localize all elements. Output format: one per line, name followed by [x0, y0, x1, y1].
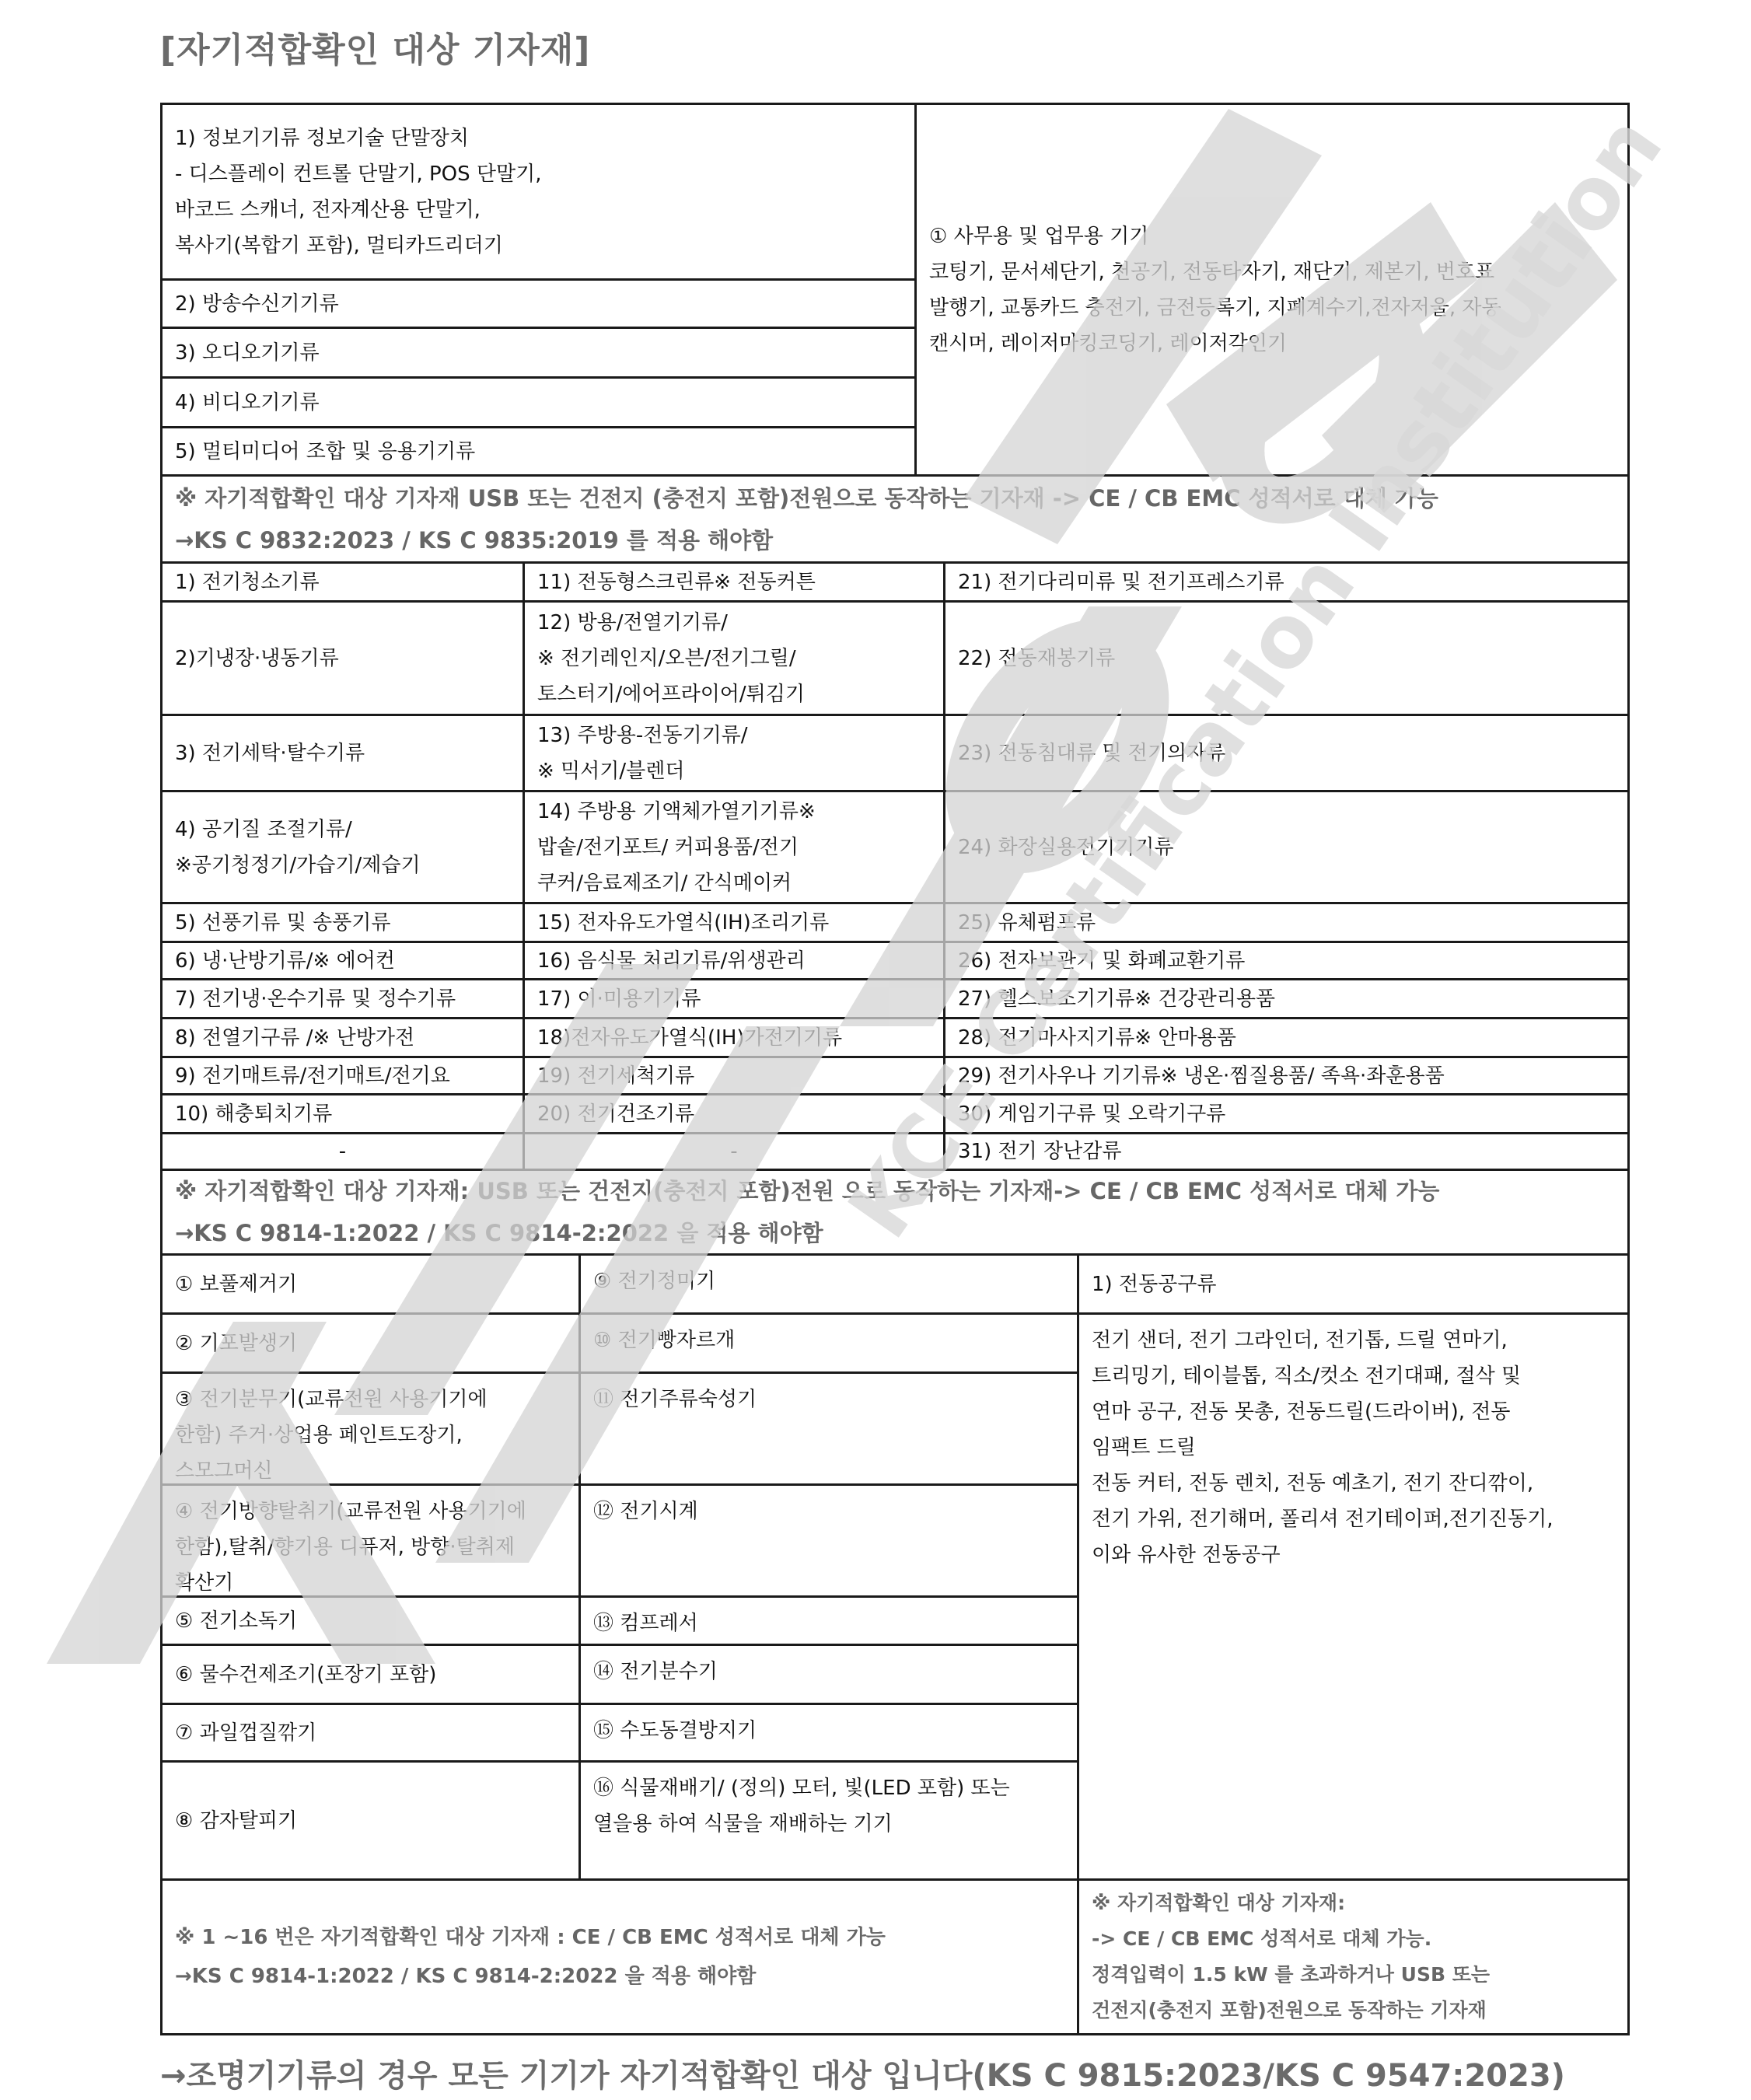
cell-text: 코팅기, 문서세단기, 천공기, 전동타자기, 재단기, 제본기, 번호표 [929, 254, 1615, 290]
appliance-item: 11) 전동형스크린류※ 전동커튼 [523, 561, 945, 603]
misc-device-item: ① 보풀제거기 [160, 1253, 581, 1315]
cell-text: ※ 자기적합확인 대상 기자재: USB 또는 건전지(충전지 포함)전원 으로… [175, 1170, 1615, 1212]
cell-text: 임팩트 드릴 [1092, 1430, 1615, 1466]
cell-text: ⑧ 감자탈피기 [175, 1803, 566, 1839]
appliance-item: 6) 냉·난방기류/※ 에어컨 [160, 941, 525, 980]
appliance-item: 26) 전자보관기 및 화폐교환기류 [943, 941, 1630, 980]
appliance-item: 14) 주방용 기액체가열기기류※밥솥/전기포트/ 커피용품/전기쿠커/음료제조… [523, 790, 945, 904]
note-usb-battery-ks9832: ※ 자기적합확인 대상 기자재 USB 또는 건전지 (충전지 포함)전원으로 … [160, 474, 1630, 564]
info-device-item: 2) 방송수신기기류 [160, 278, 917, 329]
cell-text: ⑮ 수도동결방지기 [593, 1713, 1064, 1749]
cell-text: 15) 전자유도가열식(IH)조리기류 [537, 905, 931, 941]
cell-text: 전기 샌더, 전기 그라인더, 전기톱, 드릴 연마기, [1092, 1323, 1615, 1358]
cell-text: 19) 전기세척기류 [537, 1058, 931, 1094]
page-title: [자기적합확인 대상 기자재] [160, 22, 590, 72]
appliance-item: 23) 전동침대류 및 전기의자류 [943, 714, 1630, 792]
appliance-item: 7) 전기냉·온수기류 및 정수기류 [160, 978, 525, 1019]
cell-text: 정격입력이 1.5 kW 를 초과하거나 USB 또는 [1092, 1957, 1615, 1993]
appliance-item: 27) 헬스보조기기류※ 건강관리용품 [943, 978, 1630, 1019]
cell-text: 1) 정보기기류 정보기술 단말장치 [175, 121, 902, 156]
cell-text: 11) 전동형스크린류※ 전동커튼 [537, 564, 931, 600]
cell-text: 18)전자유도가열식(IH)가전기기류 [537, 1020, 931, 1056]
appliance-item: 18)전자유도가열식(IH)가전기기류 [523, 1017, 945, 1058]
cell-text: - [730, 1134, 737, 1169]
misc-device-item: ⑮ 수도동결방지기 [578, 1703, 1079, 1763]
cell-text: 16) 음식물 처리기류/위생관리 [537, 943, 931, 979]
cell-text: 30) 게임기구류 및 오락기구류 [958, 1096, 1615, 1132]
cell-text: 확산기 [175, 1565, 566, 1598]
appliance-item: 19) 전기세척기류 [523, 1056, 945, 1095]
cell-text: 토스터기/에어프라이어/튀김기 [537, 676, 931, 712]
cell-text: 2)기냉장·냉동기류 [175, 641, 510, 676]
appliance-item: 13) 주방용-전동기기류/※ 믹서기/블렌더 [523, 714, 945, 792]
misc-device-item: ⑭ 전기분수기 [578, 1644, 1079, 1705]
cell-text: ① 사무용 및 업무용 기기 [929, 218, 1615, 254]
appliance-item: 25) 유체펌프류 [943, 902, 1630, 943]
misc-device-item: ③ 전기분무기(교류전원 사용기기에한함) 주거·상업용 페인트도장기,스모그머… [160, 1371, 581, 1486]
cell-text: ⑫ 전기시계 [593, 1494, 1064, 1529]
cell-text: ※ 자기적합확인 대상 기자재: [1092, 1885, 1615, 1921]
cell-text: - 디스플레이 컨트롤 단말기, POS 단말기, [175, 156, 902, 192]
cell-text: →KS C 9814-1:2022 / KS C 9814-2:2022 을 적… [175, 1212, 1615, 1254]
note-items-1-16: ※ 1 ~16 번은 자기적합확인 대상 기자재 : CE / CB EMC 성… [160, 1878, 1079, 2035]
cell-text: 26) 전자보관기 및 화폐교환기류 [958, 943, 1615, 979]
cell-text: 8) 전열기구류 /※ 난방가전 [175, 1020, 510, 1056]
cell-text: 2) 방송수신기기류 [175, 286, 902, 322]
cell-text: ※ 믹서기/블렌더 [537, 753, 931, 789]
appliance-item: - [160, 1132, 525, 1171]
appliance-item: 24) 화장실용전기기기류 [943, 790, 1630, 904]
cell-text: ⑨ 전기정미기 [593, 1263, 1064, 1299]
office-equipment-cell: ① 사무용 및 업무용 기기코팅기, 문서세단기, 천공기, 전동타자기, 재단… [914, 103, 1630, 477]
appliance-item: 21) 전기다리미류 및 전기프레스기류 [943, 561, 1630, 603]
cell-text: 22) 전동재봉기류 [958, 641, 1615, 676]
misc-device-item: ⑦ 과일껍질깎기 [160, 1703, 581, 1763]
cell-text: ⑩ 전기빵자르개 [593, 1323, 1064, 1358]
cell-text: 1) 전동공구류 [1092, 1267, 1615, 1302]
misc-device-item: ⑨ 전기정미기 [578, 1253, 1079, 1315]
appliance-item: 30) 게임기구류 및 오락기구류 [943, 1093, 1630, 1134]
misc-device-item: ⑪ 전기주류숙성기 [578, 1371, 1079, 1486]
note-power-tools: ※ 자기적합확인 대상 기자재: -> CE / CB EMC 성적서로 대체 … [1077, 1878, 1630, 2035]
misc-device-item: ⑩ 전기빵자르개 [578, 1312, 1079, 1374]
note-usb-battery-ks9814: ※ 자기적합확인 대상 기자재: USB 또는 건전지(충전지 포함)전원 으로… [160, 1169, 1630, 1256]
cell-text: ⑥ 물수건제조기(포장기 포함) [175, 1657, 566, 1693]
misc-device-item: ⑫ 전기시계 [578, 1483, 1079, 1598]
cell-text: ※ 자기적합확인 대상 기자재 USB 또는 건전지 (충전지 포함)전원으로 … [175, 477, 1615, 519]
cell-text: 31) 전기 장난감류 [958, 1134, 1615, 1169]
info-device-item: 4) 비디오기기류 [160, 376, 917, 428]
info-device-item: 1) 정보기기류 정보기술 단말장치- 디스플레이 컨트롤 단말기, POS 단… [160, 103, 917, 281]
appliance-item: 12) 방용/전열기기류/※ 전기레인지/오븐/전기그릴/토스터기/에어프라이어… [523, 600, 945, 716]
info-device-item: 3) 오디오기기류 [160, 327, 917, 379]
cell-text: -> CE / CB EMC 성적서로 대체 가능. [1092, 1921, 1615, 1957]
cell-text: 전기 가위, 전기해머, 폴리셔 전기테이퍼,전기진동기, [1092, 1501, 1615, 1537]
cell-text: ① 보풀제거기 [175, 1267, 566, 1302]
cell-text: 17) 이·미용기기류 [537, 981, 931, 1017]
appliance-item: 22) 전동재봉기류 [943, 600, 1630, 716]
cell-text: 3) 오디오기기류 [175, 335, 902, 371]
appliance-item: 8) 전열기구류 /※ 난방가전 [160, 1017, 525, 1058]
cell-text: 트리밍기, 테이블톱, 직소/컷소 전기대패, 절삭 및 [1092, 1358, 1615, 1394]
lighting-footnote: →조명기기류의 경우 모든 기기가 자기적합확인 대상 입니다(KS C 981… [160, 2051, 1565, 2095]
cell-text: ⑯ 식물재배기/ (정의) 모터, 빛(LED 포함) 또는 [593, 1770, 1064, 1806]
cell-text: 27) 헬스보조기기류※ 건강관리용품 [958, 981, 1615, 1017]
cell-text: 캔시머, 레이저마킹코딩기, 레이저각인기 [929, 326, 1615, 362]
cell-text: →KS C 9832:2023 / KS C 9835:2019 를 적용 해야… [175, 519, 1615, 561]
cell-text: 24) 화장실용전기기기류 [958, 830, 1615, 865]
cell-text: ④ 전기방향탈취기(교류전원 사용기기에 [175, 1494, 566, 1529]
cell-text: ※ 전기레인지/오븐/전기그릴/ [537, 641, 931, 676]
cell-text: 건전지(충전지 포함)전원으로 동작하는 기자재 [1092, 1993, 1615, 2028]
cell-text: 복사기(복합기 포함), 멀티카드리더기 [175, 228, 902, 264]
cell-text: 3) 전기세탁·탈수기류 [175, 736, 510, 771]
cell-text: 5) 멀티미디어 조합 및 응용기기류 [175, 434, 902, 470]
cell-text: 23) 전동침대류 및 전기의자류 [958, 736, 1615, 771]
cell-text: ※ 1 ~16 번은 자기적합확인 대상 기자재 : CE / CB EMC 성… [175, 1918, 1064, 1957]
appliance-item: 31) 전기 장난감류 [943, 1132, 1630, 1171]
appliance-item: 2)기냉장·냉동기류 [160, 600, 525, 716]
appliance-item: 29) 전기사우나 기기류※ 냉온·찜질용품/ 족욕·좌훈용품 [943, 1056, 1630, 1095]
misc-device-item: ⑯ 식물재배기/ (정의) 모터, 빛(LED 포함) 또는열을용 하여 식물을… [578, 1760, 1079, 1881]
misc-device-item: ② 기포발생기 [160, 1312, 581, 1374]
appliance-item: 3) 전기세탁·탈수기류 [160, 714, 525, 792]
cell-text: 전동 커터, 전동 렌치, 전동 예초기, 전기 잔디깎이, [1092, 1466, 1615, 1501]
appliance-item: 17) 이·미용기기류 [523, 978, 945, 1019]
cell-text: 9) 전기매트류/전기매트/전기요 [175, 1058, 510, 1094]
cell-text: 스모그머신 [175, 1453, 566, 1486]
cell-text: 14) 주방용 기액체가열기기류※ [537, 794, 931, 830]
cell-text: ② 기포발생기 [175, 1326, 566, 1361]
cell-text: 5) 선풍기류 및 송풍기류 [175, 905, 510, 941]
cell-text: ※공기청정기/가습기/제습기 [175, 847, 510, 883]
cell-text: 28) 전기마사지기류※ 안마용품 [958, 1020, 1615, 1056]
cell-text: 1) 전기청소기류 [175, 564, 510, 600]
cell-text: 12) 방용/전열기기류/ [537, 605, 931, 641]
cell-text: ⑭ 전기분수기 [593, 1654, 1064, 1689]
cell-text: →KS C 9814-1:2022 / KS C 9814-2:2022 을 적… [175, 1957, 1064, 1996]
cell-text: 열을용 하여 식물을 재배하는 기기 [593, 1806, 1064, 1842]
cell-text: 21) 전기다리미류 및 전기프레스기류 [958, 564, 1615, 600]
misc-device-item: ⑤ 전기소독기 [160, 1595, 581, 1646]
cell-text: ⑦ 과일껍질깎기 [175, 1715, 566, 1751]
appliance-item: 10) 해충퇴치기류 [160, 1093, 525, 1134]
appliance-item: 20) 전기건조기류 [523, 1093, 945, 1134]
power-tools-header: 1) 전동공구류 [1077, 1253, 1630, 1315]
misc-device-item: ⑧ 감자탈피기 [160, 1760, 581, 1881]
appliance-item: 1) 전기청소기류 [160, 561, 525, 603]
power-tools-list: 전기 샌더, 전기 그라인더, 전기톱, 드릴 연마기,트리밍기, 테이블톱, … [1077, 1312, 1630, 1881]
cell-text: - [339, 1134, 346, 1169]
cell-text: 6) 냉·난방기류/※ 에어컨 [175, 943, 510, 979]
cell-text: 25) 유체펌프류 [958, 905, 1615, 941]
appliance-item: 4) 공기질 조절기류/※공기청정기/가습기/제습기 [160, 790, 525, 904]
misc-device-item: ④ 전기방향탈취기(교류전원 사용기기에한함),탈취/향기용 디퓨저, 방향·탈… [160, 1483, 581, 1598]
appliance-item: - [523, 1132, 945, 1171]
misc-device-item: ⑬ 컴프레서 [578, 1595, 1079, 1646]
info-device-item: 5) 멀티미디어 조합 및 응용기기류 [160, 426, 917, 477]
misc-device-item: ⑥ 물수건제조기(포장기 포함) [160, 1644, 581, 1705]
appliance-item: 9) 전기매트류/전기매트/전기요 [160, 1056, 525, 1095]
cell-text: ⑬ 컴프레서 [593, 1606, 1064, 1641]
cell-text: 쿠커/음료제조기/ 간식메이커 [537, 865, 931, 901]
cell-text: 연마 공구, 전동 못총, 전동드릴(드라이버), 전동 [1092, 1394, 1615, 1430]
cell-text: 20) 전기건조기류 [537, 1096, 931, 1132]
cell-text: 이와 유사한 전동공구 [1092, 1537, 1615, 1573]
cell-text: 4) 공기질 조절기류/ [175, 812, 510, 847]
appliance-item: 16) 음식물 처리기류/위생관리 [523, 941, 945, 980]
cell-text: 10) 해충퇴치기류 [175, 1096, 510, 1132]
cell-text: ⑤ 전기소독기 [175, 1603, 566, 1639]
appliance-item: 5) 선풍기류 및 송풍기류 [160, 902, 525, 943]
appliance-item: 28) 전기마사지기류※ 안마용품 [943, 1017, 1630, 1058]
cell-text: 바코드 스캐너, 전자계산용 단말기, [175, 192, 902, 228]
cell-text: 발행기, 교통카드 충전기, 금전등록기, 지폐계수기,전자저울, 자동 [929, 290, 1615, 326]
cell-text: 한함) 주거·상업용 페인트도장기, [175, 1417, 566, 1453]
cell-text: ③ 전기분무기(교류전원 사용기기에 [175, 1382, 566, 1417]
cell-text: 13) 주방용-전동기기류/ [537, 718, 931, 753]
cell-text: 4) 비디오기기류 [175, 385, 902, 421]
cell-text: 한함),탈취/향기용 디퓨저, 방향·탈취제 [175, 1529, 566, 1565]
cell-text: 29) 전기사우나 기기류※ 냉온·찜질용품/ 족욕·좌훈용품 [958, 1058, 1615, 1094]
appliance-item: 15) 전자유도가열식(IH)조리기류 [523, 902, 945, 943]
cell-text: 7) 전기냉·온수기류 및 정수기류 [175, 981, 510, 1017]
cell-text: 밥솥/전기포트/ 커피용품/전기 [537, 830, 931, 865]
cell-text: ⑪ 전기주류숙성기 [593, 1382, 1064, 1417]
